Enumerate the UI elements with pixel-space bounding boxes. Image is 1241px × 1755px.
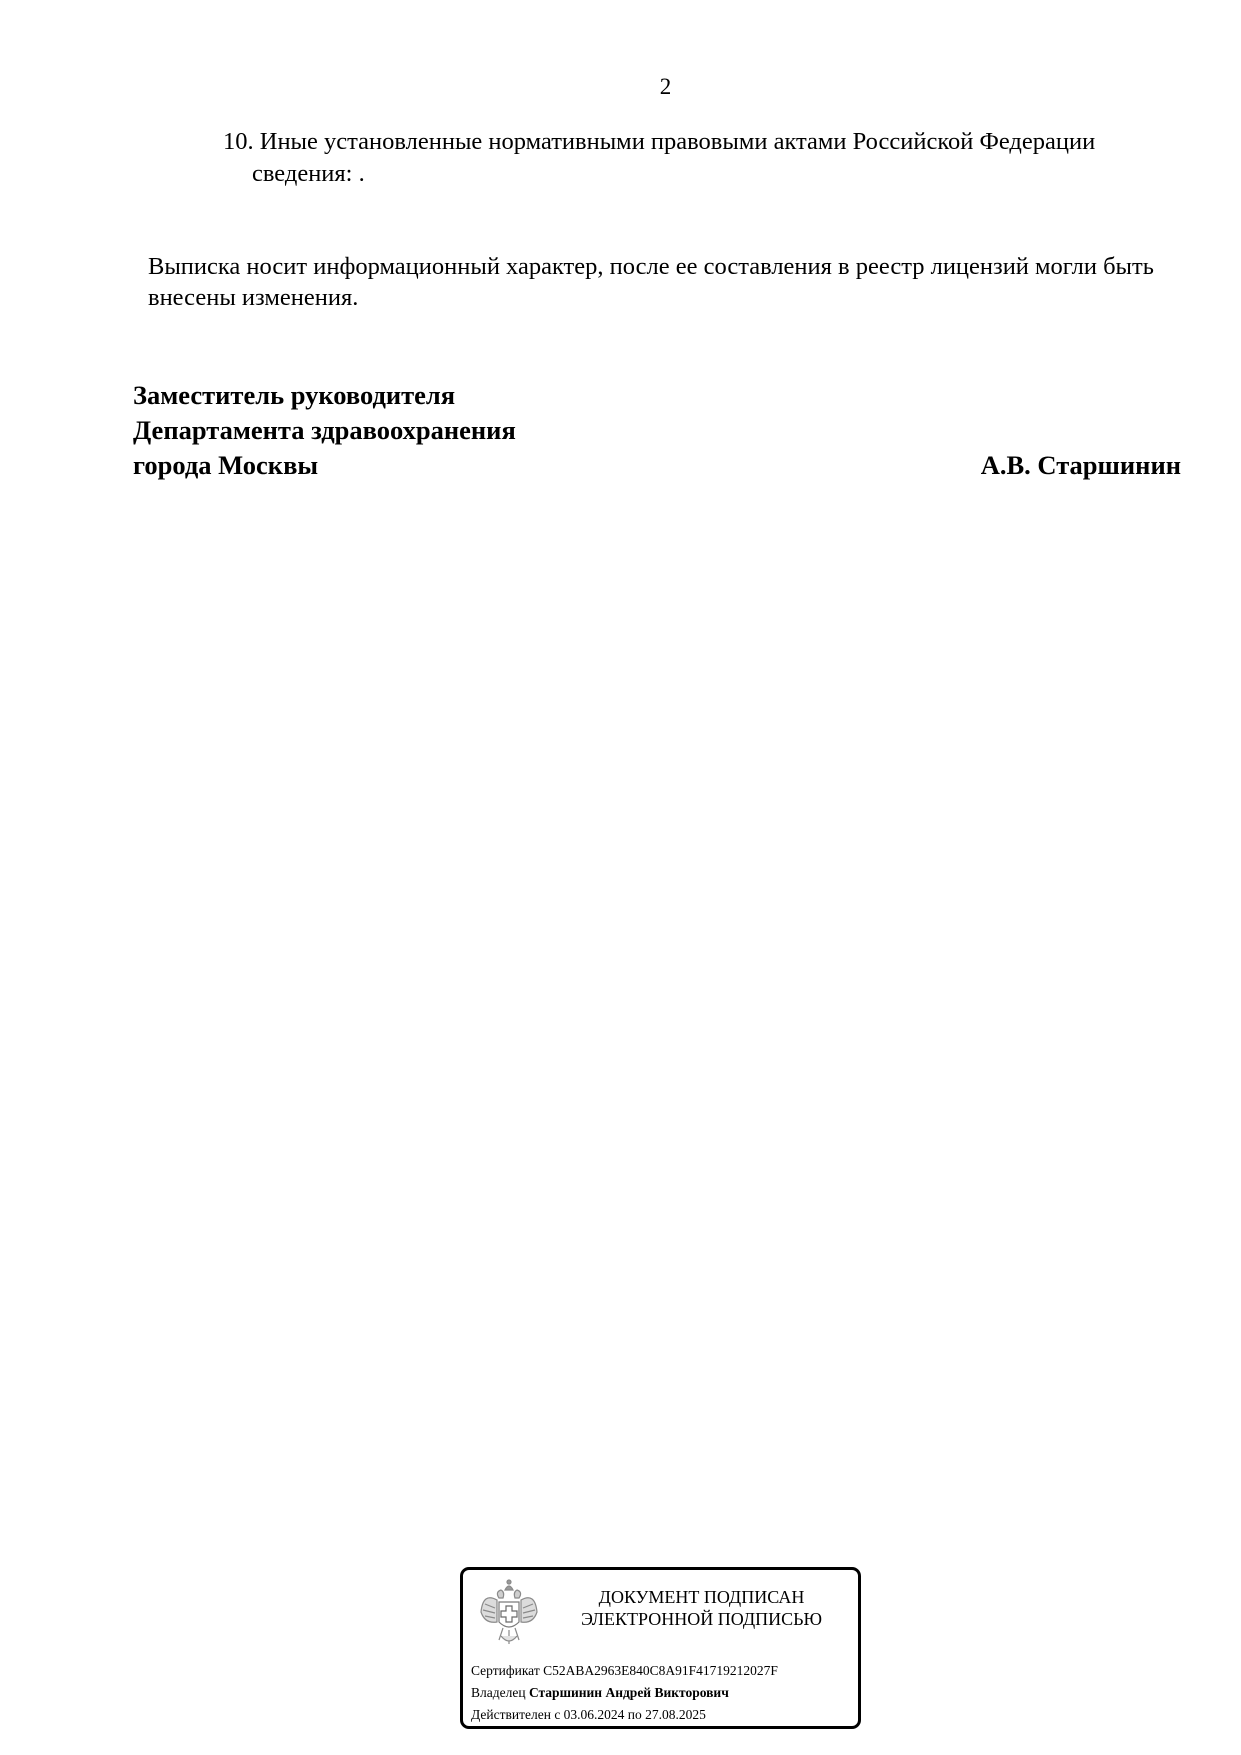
certificate-label: Сертификат bbox=[471, 1663, 540, 1678]
signatory-position-line1: Заместитель руководителя bbox=[133, 378, 455, 413]
validity-row: Действителен с 03.06.2024 по 27.08.2025 bbox=[471, 1704, 706, 1726]
certificate-value: C52ABA2963E840C8A91F41719212027F bbox=[543, 1663, 778, 1678]
coat-of-arms-icon bbox=[477, 1578, 541, 1648]
page-number: 2 bbox=[0, 74, 1241, 100]
owner-row: Владелец Старшинин Андрей Викторович bbox=[471, 1682, 729, 1704]
owner-value: Старшинин Андрей Викторович bbox=[529, 1685, 729, 1700]
e-signature-stamp: ДОКУМЕНТ ПОДПИСАН ЭЛЕКТРОННОЙ ПОДПИСЬЮ С… bbox=[460, 1567, 861, 1729]
signatory-position-line3: города Москвы bbox=[133, 448, 318, 483]
notice-line2: внесены изменения. bbox=[148, 283, 358, 313]
validity-value: с 03.06.2024 по 27.08.2025 bbox=[554, 1707, 706, 1722]
item-10-text-line2: сведения: . bbox=[252, 158, 365, 190]
signatory-position-line2: Департамента здравоохранения bbox=[133, 413, 516, 448]
notice-line1: Выписка носит информационный характер, п… bbox=[148, 252, 1154, 282]
stamp-title-line2: ЭЛЕКТРОННОЙ ПОДПИСЬЮ bbox=[551, 1608, 852, 1630]
signatory-name: А.В. Старшинин bbox=[981, 448, 1181, 483]
item-10-text-line1: 10. Иные установленные нормативными прав… bbox=[223, 126, 1095, 158]
certificate-row: Сертификат C52ABA2963E840C8A91F417192120… bbox=[471, 1660, 778, 1682]
owner-label: Владелец bbox=[471, 1685, 526, 1700]
stamp-title: ДОКУМЕНТ ПОДПИСАН ЭЛЕКТРОННОЙ ПОДПИСЬЮ bbox=[551, 1586, 852, 1630]
stamp-title-line1: ДОКУМЕНТ ПОДПИСАН bbox=[551, 1586, 852, 1608]
validity-label: Действителен bbox=[471, 1707, 551, 1722]
